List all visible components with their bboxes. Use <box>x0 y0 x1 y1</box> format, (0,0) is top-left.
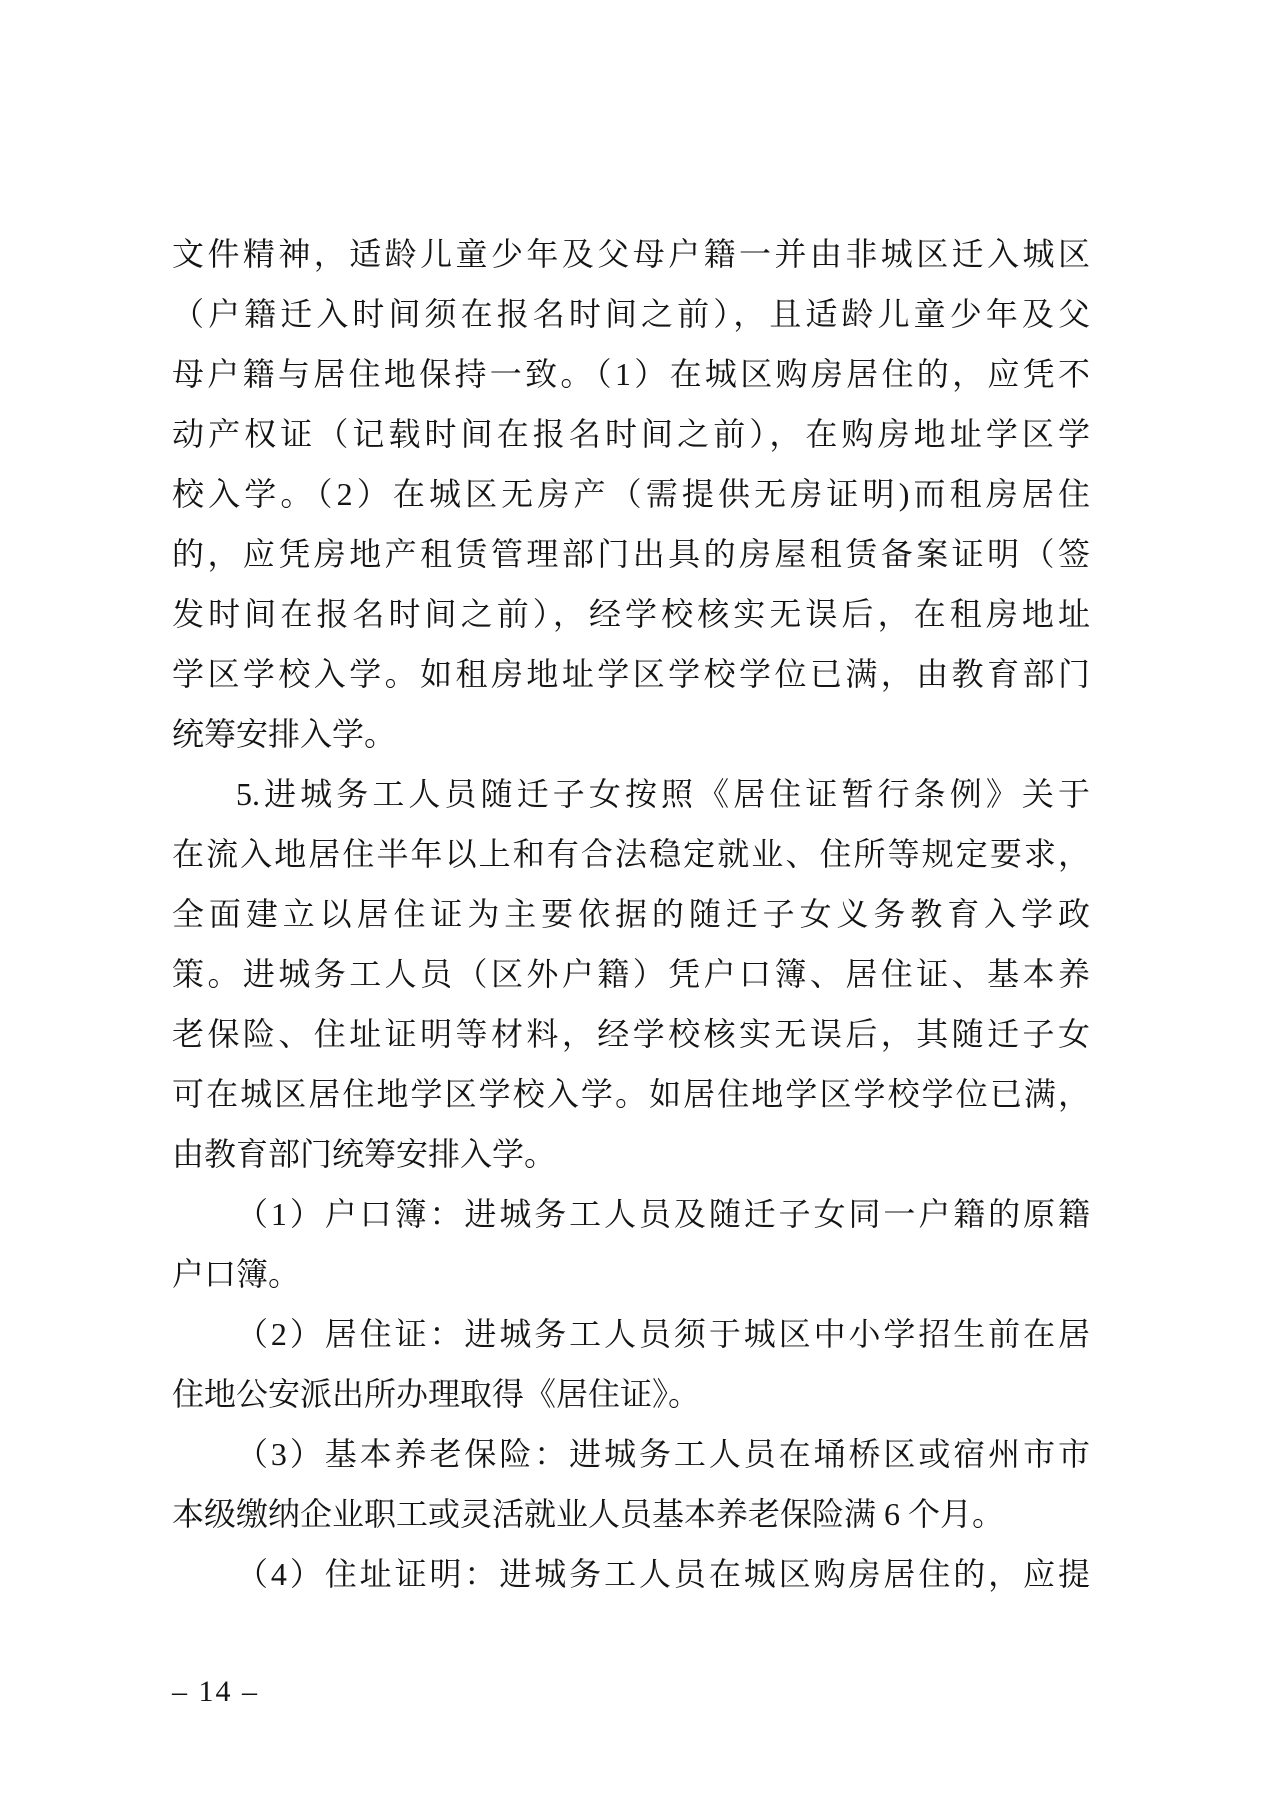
document-text-block: 文件精神，适龄儿童少年及父母户籍一并由非城区迁入城区 （户籍迁入时间须在报名时间… <box>172 224 1090 1604</box>
text-line: 校入学。（2）在城区无房产（需提供无房证明)而租房居住 <box>172 464 1090 524</box>
text-line: 老保险、住址证明等材料，经学校核实无误后，其随迁子女 <box>172 1004 1090 1064</box>
text-line: （户籍迁入时间须在报名时间之前），且适龄儿童少年及父 <box>172 284 1090 344</box>
page-number: – 14 – <box>172 1672 259 1712</box>
text-line: 在流入地居住半年以上和有合法稳定就业、住所等规定要求， <box>172 824 1090 884</box>
text-line: 可在城区居住地学区学校入学。如居住地学区学校学位已满， <box>172 1064 1090 1124</box>
text-line: 母户籍与居住地保持一致。（1）在城区购房居住的，应凭不 <box>172 344 1090 404</box>
text-line: 住地公安派出所办理取得《居住证》。 <box>172 1364 1090 1424</box>
text-line: 全面建立以居住证为主要依据的随迁子女义务教育入学政 <box>172 884 1090 944</box>
text-line: （1）户口簿：进城务工人员及随迁子女同一户籍的原籍 <box>172 1184 1090 1244</box>
text-line: 由教育部门统筹安排入学。 <box>172 1124 1090 1184</box>
text-line: 文件精神，适龄儿童少年及父母户籍一并由非城区迁入城区 <box>172 224 1090 284</box>
text-line: 学区学校入学。如租房地址学区学校学位已满，由教育部门 <box>172 644 1090 704</box>
text-line: （4）住址证明：进城务工人员在城区购房居住的，应提 <box>172 1544 1090 1604</box>
text-line: 5.进城务工人员随迁子女按照《居住证暂行条例》关于 <box>172 764 1090 824</box>
text-line: （3）基本养老保险：进城务工人员在埇桥区或宿州市市 <box>172 1424 1090 1484</box>
text-line: （2）居住证：进城务工人员须于城区中小学招生前在居 <box>172 1304 1090 1364</box>
text-line: 发时间在报名时间之前），经学校核实无误后，在租房地址 <box>172 584 1090 644</box>
text-line: 动产权证（记载时间在报名时间之前），在购房地址学区学 <box>172 404 1090 464</box>
text-line: 统筹安排入学。 <box>172 704 1090 764</box>
text-line: 的，应凭房地产租赁管理部门出具的房屋租赁备案证明（签 <box>172 524 1090 584</box>
document-page: 文件精神，适龄儿童少年及父母户籍一并由非城区迁入城区 （户籍迁入时间须在报名时间… <box>0 0 1280 1810</box>
text-line: 策。进城务工人员（区外户籍）凭户口簿、居住证、基本养 <box>172 944 1090 1004</box>
text-line: 本级缴纳企业职工或灵活就业人员基本养老保险满 6 个月。 <box>172 1484 1090 1544</box>
text-line: 户口簿。 <box>172 1244 1090 1304</box>
